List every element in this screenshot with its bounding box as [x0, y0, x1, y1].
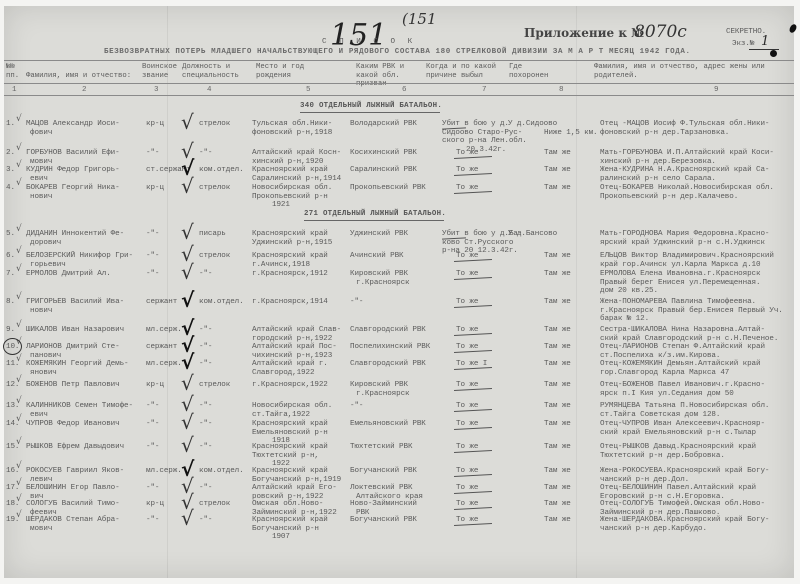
check-mark-icon: √: [181, 262, 194, 282]
check-mark-icon: √: [181, 412, 194, 432]
burial-place: Там же: [544, 184, 571, 193]
soldier-name-cont: левич: [30, 476, 52, 485]
check-mark-icon: √: [181, 352, 194, 372]
birthplace: Красноярский край: [252, 443, 328, 452]
birthplace: Алтайский край г.: [252, 360, 328, 369]
next-of-kin-cont: дом 20 кв.25.: [600, 287, 658, 296]
check-mark-icon: √: [16, 461, 22, 471]
military-rank: кр-ц: [146, 120, 164, 129]
soldier-name: БЕЛОЗЕРСКИЙ Никифор Гри-: [26, 252, 133, 261]
military-rank: мл.серж.: [146, 467, 182, 476]
row-number: 1.: [6, 120, 15, 129]
next-of-kin: Отец -МАЦОВ Иосиф Ф.Тульская обл.Ники-: [600, 120, 769, 129]
col-header-9: Фамилия, имя и отчество, адрес жены или …: [594, 63, 774, 80]
next-of-kin-cont: ярск п.I Кия ул.Седания дом 50: [600, 390, 734, 399]
military-rank: кр-ц: [146, 381, 164, 390]
when-why-left-cont: ского р-на Лен.обл.: [442, 137, 527, 146]
page-number-top: (151: [402, 10, 436, 28]
soldier-name: КАЛИННИКОВ Семен Тимофе-: [26, 402, 133, 411]
check-mark-icon: √: [16, 178, 22, 188]
military-rank: -"-: [146, 252, 159, 261]
col-header-5: Место и год рождения: [256, 63, 336, 80]
burial-place: Там же: [544, 467, 571, 476]
birthplace-cont: хинский р-н,1920: [252, 158, 323, 167]
position: -"-: [199, 443, 212, 452]
burial-place: Там же: [544, 252, 571, 261]
col-header-4: Должность и специальность: [182, 63, 254, 80]
row-number: 6.: [6, 252, 15, 261]
soldier-name-cont: нович: [30, 193, 52, 202]
birthplace: Красноярский край: [252, 467, 328, 476]
next-of-kin: Отец-КОЖЕМЯКИН Демьян.Алтайский край: [600, 360, 760, 369]
draft-office: Емельяновский РВК: [350, 420, 426, 429]
row-number: 8.: [6, 298, 15, 307]
next-of-kin: Жена-ПОНОМАРЕВА Павлина Тимофеевна.: [600, 298, 756, 307]
military-rank: -"-: [146, 149, 159, 158]
col-number: 4: [207, 86, 212, 94]
soldier-name-cont: мович: [30, 525, 52, 534]
check-mark-icon: √: [16, 478, 22, 488]
burial-place-cont: Ниже 1,5 км.: [544, 129, 597, 138]
birthplace: Красноярский край: [252, 166, 328, 175]
military-rank: -"-: [146, 420, 159, 429]
next-of-kin-cont: хинский р-н дер.Березовка.: [600, 158, 716, 167]
draft-office: Кировский РВК: [350, 381, 408, 390]
soldier-name-cont: нович: [30, 307, 52, 316]
birthplace: Тульская обл.Ники-: [252, 120, 332, 129]
check-mark-icon: √: [16, 160, 22, 170]
draft-office: Поспелихинский РВК: [350, 343, 430, 352]
list-label: С П И С О К: [322, 38, 416, 47]
soldier-name: БОКАРЕВ Георгий Ника-: [26, 184, 120, 193]
burial-place: Там же: [544, 443, 571, 452]
next-of-kin-cont: ярский край Уджинский р-н с.Н.Уджинск: [600, 239, 765, 248]
next-of-kin-cont: фоновский р-н дер.Тарзановка.: [600, 129, 729, 138]
soldier-name: ЕРМОЛОВ Дмитрий Ал.: [26, 270, 111, 279]
next-of-kin: ЕРМОЛОВА Елена Ивановна.г.Красноярск: [600, 270, 760, 279]
burial-place: Там же: [544, 166, 571, 175]
military-rank: мл.серж.: [146, 326, 182, 335]
burial-place: Там же: [544, 484, 571, 493]
col-number: 5: [306, 86, 311, 94]
birthplace-cont: Уджинский р-н,1915: [252, 239, 332, 248]
burial-place: Там же: [544, 402, 571, 411]
appendix-label: Приложение к №: [524, 26, 644, 40]
check-mark-icon: √: [16, 264, 22, 274]
when-why-left-cont: ково Ст.Русского: [442, 239, 513, 248]
draft-office: Прокопьевский РВК: [350, 184, 426, 193]
soldier-name: КОЖЕМЯКИН Георгий Демь-: [26, 360, 129, 369]
draft-office: Славгородский РВК: [350, 360, 426, 369]
next-of-kin: Жена-КУДРИНА Н.А.Красноярский край Са-: [600, 166, 769, 175]
appendix-number: 8070с: [634, 22, 687, 42]
military-rank: мл.серж.: [146, 360, 182, 369]
birthplace: г.Красноярск,1922: [252, 381, 328, 390]
birthplace-cont: Тюхтетский р-н,: [252, 452, 319, 461]
draft-office: Славгородский РВК: [350, 326, 426, 335]
birthplace: Алтайский край Косн-: [252, 149, 341, 158]
birthplace-cont: г.Ачинск,1918: [252, 261, 310, 270]
check-mark-icon: √: [16, 414, 22, 424]
col-number: 8: [559, 86, 564, 94]
birthplace-cont: чихинский р-н,1923: [252, 352, 332, 361]
next-of-kin-cont: чанский р-н дер.Карбудо.: [600, 525, 707, 534]
position: -"-: [199, 326, 212, 335]
soldier-name: ГОРБУНОВ Василий Ефи-: [26, 149, 120, 158]
check-mark-icon: √: [181, 290, 194, 310]
next-of-kin-cont: Прокопьевский р-н дер.Калачево.: [600, 193, 738, 202]
next-of-kin: Отец-БЕЛОШИНИН Павел.Алтайский край: [600, 484, 756, 493]
next-of-kin: Отец-РЫШКОВ Давыд.Красноярский край: [600, 443, 756, 452]
birthplace: Красноярский край: [252, 516, 328, 525]
next-of-kin: Сестра-ШИКАЛОВА Нина Назаровна.Алтай-: [600, 326, 765, 335]
check-mark-icon: √: [181, 112, 194, 132]
burial-place: У д.Бансово: [508, 230, 557, 239]
soldier-name: БОЖЕНОВ Петр Павлович: [26, 381, 120, 390]
check-mark-icon: √: [181, 222, 194, 242]
check-mark-icon: √: [16, 437, 22, 447]
draft-office: Локтевский РВК: [350, 484, 412, 493]
birthplace: Новосибирская обл.: [252, 184, 332, 193]
col-header-1: №№ пп.: [6, 63, 24, 80]
military-rank: -"-: [146, 402, 159, 411]
birthplace: Красноярский край: [252, 230, 328, 239]
check-mark-icon: √: [16, 375, 22, 385]
soldier-name-cont: панович: [30, 352, 61, 361]
check-mark-icon: √: [181, 508, 194, 528]
birthplace-cont: Саралинский р-н,1914: [252, 175, 341, 184]
when-why-left-cont: Сидоово Старо-Рус-: [442, 129, 522, 138]
military-rank: сержант: [146, 298, 177, 307]
col-header-3: Воинское звание: [142, 63, 180, 80]
row-number: 5.: [6, 230, 15, 239]
col-number: 3: [154, 86, 159, 94]
military-rank: кр-ц: [146, 184, 164, 193]
military-rank: -"-: [146, 230, 159, 239]
position: стрелок: [199, 381, 230, 390]
row-number: 2.: [6, 149, 15, 158]
birthplace-cont: фоновский р-н,1918: [252, 129, 332, 138]
col-header-7: Когда и по какой причине выбыл: [426, 63, 502, 80]
birthplace: Новосибирская обл.: [252, 402, 332, 411]
soldier-name-cont: евич: [30, 175, 48, 184]
position: ком.отдел.: [199, 166, 244, 175]
next-of-kin-cont: гор.Славгород Карла Маркса 47: [600, 369, 729, 378]
military-rank: кр-ц: [146, 500, 164, 509]
birthplace-cont: ст.Тайга,1922: [252, 411, 310, 420]
col-number: 2: [82, 86, 87, 94]
birthplace: Алтайский край Слав-: [252, 326, 341, 335]
next-of-kin-cont: ст.Поспелиха к/з.им.Кирова.: [600, 352, 720, 361]
copy-label: Экз.№: [732, 40, 754, 49]
position: -"-: [199, 516, 212, 525]
military-rank: -"-: [146, 270, 159, 279]
check-mark-icon: √: [16, 320, 22, 330]
next-of-kin-cont: край гор.Ачинск ул.Карла Маркса д.10: [600, 261, 760, 270]
soldier-name-cont: мович: [30, 158, 52, 167]
next-of-kin: РУМЯНЦЕВА Татьяна П.Новосибирская обл.: [600, 402, 769, 411]
next-of-kin: Отец-СОЛОГУБ Тимофей.Омская обл.Ново-: [600, 500, 765, 509]
col-header-2: Фамилия, имя и отчество:: [26, 72, 131, 81]
col-header-6: Каким РВК и какой обл. призван: [356, 63, 422, 89]
birthplace: Омская обл.Ново-: [252, 500, 323, 509]
next-of-kin-cont: Тюхтетский р-н дер.Бобровка.: [600, 452, 725, 461]
next-of-kin: Мать-ГОРБУНОВА И.П.Алтайский край Коси-: [600, 149, 774, 158]
draft-office-cont: г.Красноярск: [356, 279, 409, 288]
soldier-name: ДИДАНИН Иннокентий Фе-: [26, 230, 124, 239]
next-of-kin-cont: барак № 12.: [600, 315, 649, 324]
check-mark-icon: √: [16, 114, 22, 124]
next-of-kin-cont: ралинский р-н село Сарала.: [600, 175, 716, 184]
soldier-name: ГРИГОРЬЕВ Василий Ива-: [26, 298, 124, 307]
position: -"-: [199, 270, 212, 279]
birthplace: Красноярский край: [252, 420, 328, 429]
birthplace-cont: Славгород,1922: [252, 369, 314, 378]
birthplace: г.Красноярск,1912: [252, 270, 328, 279]
col-number: 6: [402, 86, 407, 94]
birthplace-cont: Прокопьевский р-н: [252, 193, 328, 202]
soldier-name-cont: евич: [30, 411, 48, 420]
burial-place: Там же: [544, 326, 571, 335]
handwritten-circle: [3, 338, 22, 355]
soldier-name-cont: горьевич: [30, 261, 66, 270]
soldier-name: БЕЛОШИНИН Егор Павло-: [26, 484, 120, 493]
draft-office: Ачинский РВК: [350, 252, 403, 261]
burial-place: Там же: [544, 381, 571, 390]
row-number: 3.: [6, 166, 15, 175]
burial-place: Там же: [544, 420, 571, 429]
position: -"-: [199, 484, 212, 493]
military-rank: -"-: [146, 443, 159, 452]
burial-place: У д.Сидоово: [508, 120, 557, 129]
soldier-name: ШЕРДАКОВ Степан Абра-: [26, 516, 120, 525]
position: -"-: [199, 402, 212, 411]
soldier-name: РЫШКОВ Ефрем Давыдович: [26, 443, 124, 452]
soldier-name-cont: янович: [30, 369, 57, 378]
soldier-name-cont: дорович: [30, 239, 61, 248]
check-mark-icon: √: [16, 510, 22, 520]
soldier-name: КУДРИН Федор Григорь-: [26, 166, 120, 175]
next-of-kin-cont: ский край Емельяновский р-н с.Тылар: [600, 429, 756, 438]
birth-year: 1921: [272, 201, 290, 210]
birthplace: Алтайский край Его-: [252, 484, 337, 493]
when-why-left-cont: р-на 20 12.3.42г.: [442, 247, 518, 256]
check-mark-icon: √: [16, 224, 22, 234]
ink-blot: [788, 23, 798, 34]
row-number: 4.: [6, 184, 15, 193]
military-rank: -"-: [146, 516, 159, 525]
birthplace: Красноярский край: [252, 252, 328, 261]
draft-office: Косихинский РВК: [350, 149, 417, 158]
next-of-kin-cont: ст.Тайга Советская дом 128.: [600, 411, 720, 420]
soldier-name-cont: фович: [30, 129, 52, 138]
draft-office: Богучанский РВК: [350, 516, 417, 525]
draft-office: Ново-Займинский: [350, 500, 417, 509]
birthplace: Алтайский край Пос-: [252, 343, 337, 352]
birthplace-cont: Емельяновский р-н: [252, 429, 328, 438]
soldier-name: ЧУПРОВ Федор Иванович: [26, 420, 120, 429]
burial-place: Там же: [544, 298, 571, 307]
position: -"-: [199, 420, 212, 429]
next-of-kin-cont: чанский р-н дер.Дол.: [600, 476, 689, 485]
check-mark-icon: √: [16, 396, 22, 406]
position: -"-: [199, 343, 212, 352]
burial-place: Там же: [544, 360, 571, 369]
burial-place: Там же: [544, 343, 571, 352]
section-title: 271 ОТДЕЛЬНЫЙ ЛЫЖНЫЙ БАТАЛЬОН.: [304, 210, 446, 218]
birthplace: г.Красноярск,1914: [252, 298, 328, 307]
position: ком.отдел.: [199, 298, 244, 307]
next-of-kin: Жена-РОКОСУЕВА.Красноярский край Богу-: [600, 467, 769, 476]
document-title: БЕЗВОЗВРАТНЫХ ПОТЕРЬ МЛАДШЕГО НАЧАЛЬСТВУ…: [104, 48, 691, 56]
col-number: 9: [714, 86, 719, 94]
check-mark-icon: √: [16, 292, 22, 302]
next-of-kin: Отец-БОКАРЕВ Николай.Новосибирская обл.: [600, 184, 774, 193]
check-mark-icon: √: [181, 373, 194, 393]
draft-office: Уджинский РВК: [350, 230, 408, 239]
col-header-8: Где похоронен: [509, 63, 557, 80]
soldier-name: ЛАРИОНОВ Дмитрий Сте-: [26, 343, 120, 352]
next-of-kin-cont: ский край Славгородский р-н с.Н.Печеное.: [600, 335, 778, 344]
military-rank: сержант: [146, 343, 177, 352]
soldier-name: СОЛОГУБ Василий Тимо-: [26, 500, 120, 509]
col-number: 1: [12, 86, 17, 94]
draft-office: Тюхтетский РВК: [350, 443, 412, 452]
position: стрелок: [199, 500, 230, 509]
next-of-kin: ЕЛЬЦОВ Виктор Владимирович.Красноярский: [600, 252, 774, 261]
position: стрелок: [199, 120, 230, 129]
soldier-name: МАЦОВ Александр Иоси-: [26, 120, 120, 129]
row-number: 7.: [6, 270, 15, 279]
position: ком.отдел.: [199, 467, 244, 476]
next-of-kin: Жена-ШЕРДАКОВА.Красноярский край Богу-: [600, 516, 769, 525]
position: стрелок: [199, 184, 230, 193]
draft-office-cont: г.Красноярск: [356, 390, 409, 399]
draft-office: -"-: [350, 402, 363, 411]
next-of-kin-cont: Правый берег Енисея ул.Перемещенная.: [600, 279, 760, 288]
birthplace-cont: городский р-н,1922: [252, 335, 332, 344]
check-mark-icon: √: [181, 435, 194, 455]
document-page: 151 (151 С П И С О К Приложение к № 8070…: [4, 6, 794, 578]
draft-office: Кировский РВК: [350, 270, 408, 279]
burial-place: Там же: [544, 149, 571, 158]
draft-office: -"-: [350, 298, 363, 307]
military-rank: -"-: [146, 484, 159, 493]
draft-office: Володарский РВК: [350, 120, 417, 129]
burial-place: Там же: [544, 500, 571, 509]
section-title: 340 ОТДЕЛЬНЫЙ ЛЫЖНЫЙ БАТАЛЬОН.: [300, 102, 442, 110]
position: -"-: [199, 149, 212, 158]
burial-place: Там же: [544, 516, 571, 525]
fold-line: [167, 6, 168, 578]
row-number: 9.: [6, 326, 15, 335]
position: стрелок: [199, 252, 230, 261]
draft-office: Богучанский РВК: [350, 467, 417, 476]
birthplace-cont: Богучанский р-н,1919: [252, 476, 341, 485]
position: писарь: [199, 230, 226, 239]
check-mark-icon: √: [181, 176, 194, 196]
ink-blot: [770, 50, 777, 57]
next-of-kin: Отец-ЛАРИОНОВ Степан Ф.Алтайский край: [600, 343, 765, 352]
draft-office: Саралинский РВК: [350, 166, 417, 175]
check-mark-icon: √: [16, 354, 22, 364]
burial-place: Там же: [544, 270, 571, 279]
fold-line: [576, 6, 577, 578]
next-of-kin: Отец-БОЖЕНОВ Павел Иванович.г.Красно-: [600, 381, 765, 390]
position: -"-: [199, 360, 212, 369]
copy-number: 1: [761, 34, 769, 49]
check-mark-icon: √: [16, 494, 22, 504]
soldier-name: ШИКАЛОВ Иван Назарович: [26, 326, 124, 335]
next-of-kin-cont: г.Красноярск Правый бер.Енисея Первый Уч…: [600, 307, 783, 316]
birthplace-cont: Богучанский р-н: [252, 525, 319, 534]
birth-year: 1907: [272, 533, 290, 542]
check-mark-icon: √: [16, 246, 22, 256]
check-mark-icon: √: [16, 143, 22, 153]
next-of-kin: Мать-ГОРОДНОВА Мария Федоровна.Красно-: [600, 230, 769, 239]
next-of-kin: Отец-ЧУПРОВ Иван Алексеевич.Краснояр-: [600, 420, 765, 429]
soldier-name: РОКОСУЕВ Гавриил Яков-: [26, 467, 124, 476]
col-number: 7: [482, 86, 487, 94]
